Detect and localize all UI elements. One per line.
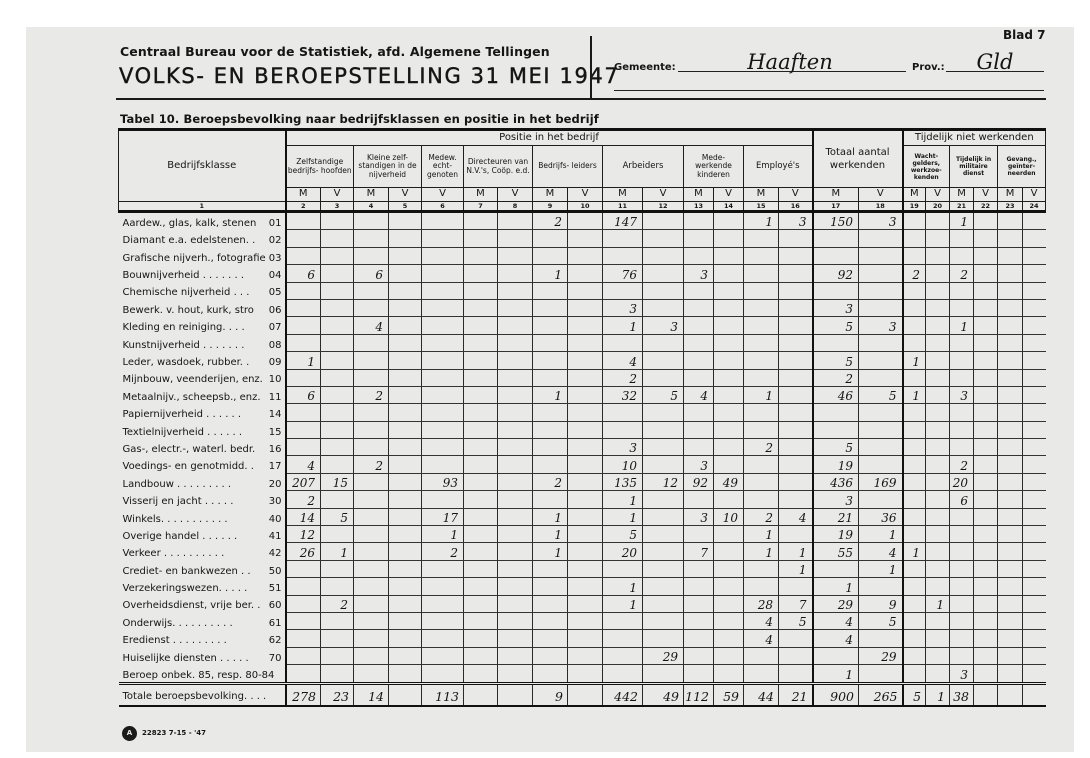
- cell-col-22: [974, 526, 998, 543]
- cell-col-4: [354, 578, 389, 595]
- cell-col-4: 2: [354, 456, 389, 473]
- cell-col-12: [643, 352, 684, 369]
- table-row: Diamant e.a. edelstenen. .02: [119, 230, 1046, 247]
- cell-col-3: [321, 491, 354, 508]
- table-row: Textielnijverheid . . . . . .15: [119, 421, 1046, 438]
- cell-col-8: [498, 299, 533, 316]
- cell-col-14: [714, 421, 744, 438]
- cell-col-12: [643, 508, 684, 525]
- cell-col-21: 6: [950, 491, 974, 508]
- cell-col-16: [779, 404, 813, 421]
- cell-col-7: [464, 230, 498, 247]
- cell-col-5: [389, 578, 422, 595]
- cell-col-13: [684, 404, 714, 421]
- cell-col-23: [998, 265, 1023, 282]
- cell-col-11: 2: [603, 369, 643, 386]
- cell-col-24: [1023, 212, 1046, 230]
- cell-col-7: [464, 265, 498, 282]
- cell-col-6: [422, 282, 464, 299]
- cell-col-19: [903, 212, 926, 230]
- cell-col-7: [464, 473, 498, 490]
- cell-col-12: [643, 265, 684, 282]
- column-number: 12: [643, 202, 684, 212]
- cell-col-2: [286, 665, 321, 683]
- cell-col-16: [779, 317, 813, 334]
- cell-col-14: [714, 386, 744, 403]
- cell-col-17: 4: [813, 612, 859, 629]
- cell-col-9: [533, 612, 568, 629]
- cell-col-11: [603, 630, 643, 647]
- cell-col-12: [643, 456, 684, 473]
- cell-col-5: [389, 212, 422, 230]
- cell-col-9: [533, 665, 568, 683]
- cell-col-13: [684, 647, 714, 664]
- cell-col-6: 2: [422, 543, 464, 560]
- cell-col-20: [926, 456, 950, 473]
- bedrijfsklasse-code: 10: [269, 374, 282, 386]
- bedrijfsklasse-code: 04: [269, 270, 282, 282]
- cell-col-18: [859, 369, 903, 386]
- bedrijfsklasse-code: 62: [269, 635, 282, 647]
- cell-col-14: [714, 595, 744, 612]
- total-col-22: [974, 683, 998, 706]
- cell-col-15: 4: [744, 612, 779, 629]
- cell-col-17: [813, 282, 859, 299]
- cell-col-17: 55: [813, 543, 859, 560]
- cell-col-23: [998, 595, 1023, 612]
- table-row: Gas-, electr.-, waterl. bedr.16325: [119, 439, 1046, 456]
- cell-col-20: [926, 560, 950, 577]
- cell-col-2: [286, 230, 321, 247]
- cell-col-11: 3: [603, 439, 643, 456]
- cell-col-15: [744, 299, 779, 316]
- bedrijfsklasse-code: 02: [269, 235, 282, 247]
- cell-col-16: [779, 665, 813, 683]
- cell-col-8: [498, 421, 533, 438]
- cell-col-11: [603, 421, 643, 438]
- cell-col-21: [950, 230, 974, 247]
- total-col-12: 49: [643, 683, 684, 706]
- cell-col-15: [744, 456, 779, 473]
- total-col-8: [498, 683, 533, 706]
- cell-col-23: [998, 230, 1023, 247]
- cell-col-21: [950, 508, 974, 525]
- cell-col-6: 17: [422, 508, 464, 525]
- cell-col-15: [744, 230, 779, 247]
- cell-col-10: [568, 665, 603, 683]
- cell-col-15: [744, 317, 779, 334]
- cell-col-21: [950, 421, 974, 438]
- sex-v: V: [974, 188, 998, 202]
- sex-v: V: [568, 188, 603, 202]
- cell-col-5: [389, 421, 422, 438]
- cell-col-9: [533, 317, 568, 334]
- cell-col-4: [354, 404, 389, 421]
- cell-col-23: [998, 369, 1023, 386]
- bedrijfsklasse-name: Leder, wasdoek, rubber. .: [123, 357, 250, 368]
- cell-col-13: 3: [684, 456, 714, 473]
- cell-col-13: [684, 230, 714, 247]
- cell-col-11: 4: [603, 352, 643, 369]
- cell-col-21: [950, 334, 974, 351]
- cell-col-19: [903, 282, 926, 299]
- table-row: Leder, wasdoek, rubber. .091451: [119, 352, 1046, 369]
- cell-col-3: [321, 421, 354, 438]
- sex-v: V: [779, 188, 813, 202]
- cell-col-22: [974, 404, 998, 421]
- cell-col-23: [998, 526, 1023, 543]
- cell-col-19: [903, 665, 926, 683]
- table-row: Metaalnijv., scheepsb., enz.116213254146…: [119, 386, 1046, 403]
- row-label: Grafische nijverh., fotografie03: [119, 247, 286, 264]
- cell-col-4: [354, 543, 389, 560]
- cell-col-5: [389, 665, 422, 683]
- table-title: Tabel 10. Beroepsbevolking naar bedrijfs…: [120, 112, 599, 126]
- bedrijfsklasse-code: 16: [269, 444, 282, 456]
- cell-col-5: [389, 369, 422, 386]
- bedrijfsklasse-code: 05: [269, 287, 282, 299]
- bedrijfsklasse-name: Verzekeringswezen. . . . .: [123, 583, 248, 594]
- cell-col-3: [321, 334, 354, 351]
- total-col-5: [389, 683, 422, 706]
- cell-col-7: [464, 543, 498, 560]
- cell-col-16: 3: [779, 212, 813, 230]
- cell-col-2: [286, 647, 321, 664]
- cell-col-19: [903, 421, 926, 438]
- cell-col-17: 1: [813, 578, 859, 595]
- cell-col-11: 1: [603, 491, 643, 508]
- cell-col-6: [422, 578, 464, 595]
- cell-col-2: [286, 612, 321, 629]
- column-header-arbeiders: Arbeiders: [603, 146, 684, 188]
- cell-col-23: [998, 299, 1023, 316]
- cell-col-3: [321, 560, 354, 577]
- cell-col-17: [813, 230, 859, 247]
- table-row: Kunstnijverheid . . . . . . .08: [119, 334, 1046, 351]
- group-header-tijdelijk: Tijdelijk niet werkenden: [903, 130, 1046, 146]
- bedrijfsklasse-code: 20: [269, 479, 282, 491]
- cell-col-23: [998, 473, 1023, 490]
- cell-col-15: 2: [744, 439, 779, 456]
- cell-col-8: [498, 404, 533, 421]
- cell-col-3: [321, 299, 354, 316]
- cell-col-6: [422, 630, 464, 647]
- column-number: 16: [779, 202, 813, 212]
- cell-col-19: [903, 595, 926, 612]
- cell-col-22: [974, 421, 998, 438]
- cell-col-17: 29: [813, 595, 859, 612]
- table-row: Voedings- en genotmidd. .1742103192: [119, 456, 1046, 473]
- table-row: Overige handel . . . . . .41121151191: [119, 526, 1046, 543]
- cell-col-21: [950, 369, 974, 386]
- cell-col-23: [998, 282, 1023, 299]
- cell-col-9: [533, 230, 568, 247]
- cell-col-14: [714, 317, 744, 334]
- bedrijfsklasse-name: Grafische nijverh., fotografie: [123, 253, 266, 264]
- row-label: Onderwijs. . . . . . . . . .61: [119, 612, 286, 629]
- cell-col-18: 5: [859, 612, 903, 629]
- cell-col-9: [533, 578, 568, 595]
- cell-col-24: [1023, 282, 1046, 299]
- cell-col-23: [998, 421, 1023, 438]
- total-label: Totale beroepsbevolking. . . .: [119, 683, 286, 706]
- table-row: Bewerk. v. hout, kurk, stro0633: [119, 299, 1046, 316]
- bedrijfsklasse-name: Papiernijverheid . . . . . .: [123, 409, 242, 420]
- cell-col-14: [714, 630, 744, 647]
- row-label: Overige handel . . . . . .41: [119, 526, 286, 543]
- bedrijfsklasse-name: Gas-, electr.-, waterl. bedr.: [123, 444, 256, 455]
- cell-col-10: [568, 456, 603, 473]
- cell-col-14: [714, 526, 744, 543]
- cell-col-10: [568, 543, 603, 560]
- cell-col-13: [684, 317, 714, 334]
- sex-v: V: [643, 188, 684, 202]
- cell-col-12: [643, 212, 684, 230]
- cell-col-3: [321, 647, 354, 664]
- cell-col-12: [643, 665, 684, 683]
- cell-col-2: [286, 247, 321, 264]
- cell-col-18: 3: [859, 212, 903, 230]
- cell-col-16: [779, 299, 813, 316]
- total-col-4: 14: [354, 683, 389, 706]
- printer-logo-icon: A: [122, 726, 137, 741]
- bedrijfsklasse-name: Voedings- en genotmidd. .: [123, 461, 254, 472]
- cell-col-10: [568, 317, 603, 334]
- cell-col-20: [926, 421, 950, 438]
- cell-col-24: [1023, 317, 1046, 334]
- cell-col-2: [286, 630, 321, 647]
- cell-col-15: 2: [744, 508, 779, 525]
- cell-col-8: [498, 560, 533, 577]
- row-label: Verzekeringswezen. . . . .51: [119, 578, 286, 595]
- cell-col-22: [974, 212, 998, 230]
- cell-col-2: [286, 439, 321, 456]
- column-header-directeuren: Directeuren van N.V.'s, Coöp. e.d.: [464, 146, 533, 188]
- cell-col-20: [926, 265, 950, 282]
- total-row: Totale beroepsbevolking. . . . 278231411…: [119, 683, 1046, 706]
- sex-m: M: [533, 188, 568, 202]
- cell-col-13: 3: [684, 265, 714, 282]
- cell-col-24: [1023, 334, 1046, 351]
- bedrijfsklasse-code: 41: [269, 531, 282, 543]
- cell-col-19: [903, 230, 926, 247]
- cell-col-6: [422, 439, 464, 456]
- cell-col-19: [903, 491, 926, 508]
- cell-col-2: 26: [286, 543, 321, 560]
- cell-col-2: 6: [286, 386, 321, 403]
- municipality-label: Gemeente:: [614, 62, 676, 73]
- cell-col-20: [926, 439, 950, 456]
- cell-col-17: 3: [813, 299, 859, 316]
- column-number: 4: [354, 202, 389, 212]
- table-row: Winkels. . . . . . . . . . .401451711310…: [119, 508, 1046, 525]
- cell-col-21: 3: [950, 665, 974, 683]
- bedrijfsklasse-code: 30: [269, 496, 282, 508]
- cell-col-21: 2: [950, 265, 974, 282]
- row-label: Visserij en jacht . . . . .30: [119, 491, 286, 508]
- cell-col-17: 21: [813, 508, 859, 525]
- table-row: Landbouw . . . . . . . . .20207159321351…: [119, 473, 1046, 490]
- cell-col-7: [464, 404, 498, 421]
- total-col-10: [568, 683, 603, 706]
- column-number: 3: [321, 202, 354, 212]
- cell-col-24: [1023, 491, 1046, 508]
- cell-col-10: [568, 369, 603, 386]
- bedrijfsklasse-code: 17: [269, 461, 282, 473]
- cell-col-20: [926, 526, 950, 543]
- cell-col-4: [354, 630, 389, 647]
- bedrijfsklasse-code: 61: [269, 618, 282, 630]
- cell-col-15: 1: [744, 543, 779, 560]
- cell-col-8: [498, 491, 533, 508]
- cell-col-9: [533, 369, 568, 386]
- cell-col-14: [714, 334, 744, 351]
- cell-col-7: [464, 317, 498, 334]
- column-number: 19: [903, 202, 926, 212]
- cell-col-3: [321, 439, 354, 456]
- sex-m: M: [744, 188, 779, 202]
- cell-col-15: [744, 473, 779, 490]
- cell-col-10: [568, 247, 603, 264]
- cell-col-12: [643, 560, 684, 577]
- cell-col-17: [813, 404, 859, 421]
- form-title: VOLKS- EN BEROEPSTELLING 31 MEI 1947: [119, 64, 619, 88]
- column-header-wachtgelders: Wacht- gelders, werkzoe- kenden: [903, 146, 950, 188]
- cell-col-18: 5: [859, 386, 903, 403]
- bedrijfsklasse-name: Winkels. . . . . . . . . . .: [123, 514, 228, 525]
- cell-col-19: 1: [903, 352, 926, 369]
- cell-col-16: [779, 247, 813, 264]
- total-col-21: 38: [950, 683, 974, 706]
- cell-col-18: [859, 456, 903, 473]
- cell-col-11: 1: [603, 595, 643, 612]
- cell-col-21: [950, 578, 974, 595]
- cell-col-22: [974, 473, 998, 490]
- cell-col-21: 1: [950, 317, 974, 334]
- cell-col-16: [779, 265, 813, 282]
- column-header-totaal: Totaal aantal werkenden: [813, 130, 903, 188]
- cell-col-8: [498, 578, 533, 595]
- bedrijfsklasse-code: 09: [269, 357, 282, 369]
- cell-col-21: 1: [950, 212, 974, 230]
- cell-col-22: [974, 578, 998, 595]
- cell-col-12: [643, 369, 684, 386]
- column-number-row: 123456789101112131415161718192021222324: [119, 202, 1046, 212]
- column-number: 5: [389, 202, 422, 212]
- blank-field-line: [614, 90, 1044, 91]
- cell-col-10: [568, 491, 603, 508]
- print-code: 22823 7-15 - '47: [142, 729, 206, 737]
- cell-col-24: [1023, 647, 1046, 664]
- cell-col-4: [354, 508, 389, 525]
- cell-col-12: [643, 404, 684, 421]
- bedrijfsklasse-code: 03: [269, 253, 282, 265]
- row-label: Eredienst . . . . . . . . .62: [119, 630, 286, 647]
- cell-col-9: [533, 456, 568, 473]
- sex-v: V: [321, 188, 354, 202]
- cell-col-10: [568, 526, 603, 543]
- cell-col-5: [389, 612, 422, 629]
- cell-col-15: [744, 491, 779, 508]
- column-header-militaire-dienst: Tijdelijk in militaire dienst: [950, 146, 998, 188]
- cell-col-11: [603, 334, 643, 351]
- cell-col-23: [998, 456, 1023, 473]
- cell-col-4: [354, 299, 389, 316]
- bedrijfsklasse-code: 40: [269, 514, 282, 526]
- bedrijfsklasse-name: Overige handel . . . . . .: [123, 531, 238, 542]
- total-col-19: 5: [903, 683, 926, 706]
- bedrijfsklasse-code: 70: [269, 653, 282, 665]
- cell-col-17: 3: [813, 491, 859, 508]
- table-row: Crediet- en bankwezen . .5011: [119, 560, 1046, 577]
- cell-col-11: [603, 230, 643, 247]
- column-number: 24: [1023, 202, 1046, 212]
- cell-col-24: [1023, 439, 1046, 456]
- cell-col-3: [321, 404, 354, 421]
- cell-col-12: [643, 595, 684, 612]
- row-label: Gas-, electr.-, waterl. bedr.16: [119, 439, 286, 456]
- bedrijfsklasse-name: Mijnbouw, veenderijen, enz.: [123, 374, 263, 385]
- bedrijfsklasse-name: Beroep onbek. 85, resp. 80-84: [123, 670, 275, 681]
- cell-col-9: [533, 439, 568, 456]
- total-col-6: 113: [422, 683, 464, 706]
- column-header-zelfstandige: Zelfstandige bedrijfs- hoofden: [286, 146, 354, 188]
- cell-col-4: 4: [354, 317, 389, 334]
- cell-col-3: [321, 369, 354, 386]
- cell-col-16: [779, 439, 813, 456]
- cell-col-14: [714, 404, 744, 421]
- cell-col-7: [464, 369, 498, 386]
- cell-col-15: [744, 404, 779, 421]
- cell-col-13: [684, 491, 714, 508]
- cell-col-3: [321, 317, 354, 334]
- cell-col-23: [998, 508, 1023, 525]
- cell-col-24: [1023, 247, 1046, 264]
- cell-col-8: [498, 265, 533, 282]
- cell-col-20: [926, 647, 950, 664]
- sex-m: M: [286, 188, 321, 202]
- cell-col-20: [926, 404, 950, 421]
- cell-col-22: [974, 665, 998, 683]
- cell-col-2: 1: [286, 352, 321, 369]
- cell-col-14: 10: [714, 508, 744, 525]
- table-row: Kleding en reiniging. . . .07413531: [119, 317, 1046, 334]
- table-row: Beroep onbek. 85, resp. 80-8413: [119, 665, 1046, 683]
- cell-col-18: [859, 265, 903, 282]
- row-label: Bouwnijverheid . . . . . . .04: [119, 265, 286, 282]
- cell-col-15: [744, 282, 779, 299]
- cell-col-9: [533, 352, 568, 369]
- cell-col-7: [464, 560, 498, 577]
- total-col-17: 900: [813, 683, 859, 706]
- cell-col-13: [684, 282, 714, 299]
- cell-col-18: [859, 247, 903, 264]
- cell-col-23: [998, 404, 1023, 421]
- cell-col-22: [974, 334, 998, 351]
- cell-col-9: 2: [533, 473, 568, 490]
- cell-col-5: [389, 265, 422, 282]
- cell-col-6: [422, 456, 464, 473]
- table-body: Aardew., glas, kalk, stenen0121471315031…: [119, 212, 1046, 684]
- cell-col-13: [684, 247, 714, 264]
- cell-col-20: [926, 230, 950, 247]
- cell-col-24: [1023, 630, 1046, 647]
- column-header-medewerkende-kinderen: Mede- werkende kinderen: [684, 146, 744, 188]
- sex-v: V: [389, 188, 422, 202]
- sex-v: V: [498, 188, 533, 202]
- cell-col-20: 1: [926, 595, 950, 612]
- cell-col-12: [643, 630, 684, 647]
